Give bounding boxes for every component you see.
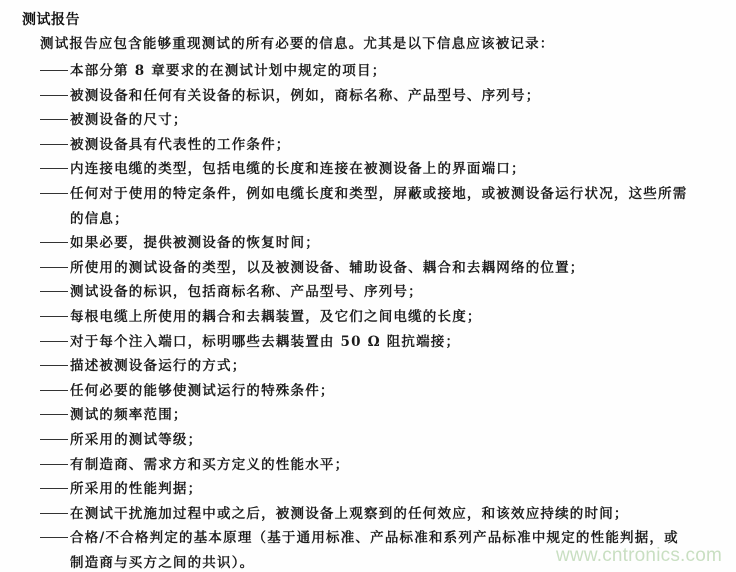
list-item: 对于每个注入端口，标明哪些去耦装置由 50 Ω 阻抗端接； [40,330,720,355]
list-item: 测试设备的标识，包括商标名称、产品型号、序列号； [40,280,720,305]
em-dash-bullet [40,95,68,96]
list-item-text: 任何对于使用的特定条件，例如电缆长度和类型，屏蔽或接地，或被测设备运行状况，这些… [70,186,687,202]
em-dash-bullet [40,168,68,169]
list-item-text: 内连接电缆的类型，包括电缆的长度和连接在被测设备上的界面端口； [70,161,526,177]
list-item-text: 有制造商、需求方和买方定义的性能水平； [70,457,349,473]
list-item-text: 合格/不合格判定的基本原理（基于通用标准、产品标准和系列产品标准中规定的性能判据… [70,530,679,546]
intro-paragraph: 测试报告应包含能够重现测试的所有必要的信息。尤其是以下信息应该被记录： [40,34,555,54]
em-dash-bullet [40,144,68,145]
list-item-text: 所采用的测试等级； [70,432,202,448]
em-dash-bullet [40,242,68,243]
list-item: 任何对于使用的特定条件，例如电缆长度和类型，屏蔽或接地，或被测设备运行状况，这些… [40,182,720,231]
em-dash-bullet [40,414,68,415]
watermark: www.cntronics.com [556,545,722,567]
list-item: 所采用的性能判据； [40,477,720,502]
list-item-text: 在测试干扰施加过程中或之后，被测设备上观察到的任何效应，和该效应持续的时间； [70,506,629,522]
list-item-text: 对于每个注入端口，标明哪些去耦装置由 50 Ω 阻抗端接； [70,334,460,350]
list-item-text: 每根电缆上所使用的耦合和去耦装置，及它们之间电缆的长度； [70,309,482,325]
list-item-text: 任何必要的能够使测试运行的特殊条件； [70,383,335,399]
list-item: 在测试干扰施加过程中或之后，被测设备上观察到的任何效应，和该效应持续的时间； [40,502,720,527]
list-item: 每根电缆上所使用的耦合和去耦装置，及它们之间电缆的长度； [40,305,720,330]
list-item: 所采用的测试等级； [40,428,720,453]
em-dash-bullet [40,537,68,538]
list-item-text: 被测设备具有代表性的工作条件； [70,137,291,153]
list-item: 所使用的测试设备的类型，以及被测设备、辅助设备、耦合和去耦网络的位置； [40,256,720,281]
list-item: 任何必要的能够使测试运行的特殊条件； [40,379,720,404]
list-item: 测试的频率范围； [40,403,720,428]
document-page: 测试报告 测试报告应包含能够重现测试的所有必要的信息。尤其是以下信息应该被记录：… [0,0,736,572]
list-item: 如果必要，提供被测设备的恢复时间； [40,231,720,256]
em-dash-bullet [40,488,68,489]
em-dash-bullet [40,365,68,366]
list-item-text: 本部分第 8 章要求的在测试计划中规定的项目； [70,63,386,79]
list-item-text: 被测设备和任何有关设备的标识，例如，商标名称、产品型号、序列号； [70,88,540,104]
em-dash-bullet [40,267,68,268]
list-item-text: 描述被测设备运行的方式； [70,358,246,374]
list-item-text: 所采用的性能判据； [70,481,202,497]
list-item-text: 测试设备的标识，包括商标名称、产品型号、序列号； [70,284,423,300]
list-item-continuation: 的信息； [40,207,720,232]
list-item: 内连接电缆的类型，包括电缆的长度和连接在被测设备上的界面端口； [40,157,720,182]
list-item: 描述被测设备运行的方式； [40,354,720,379]
em-dash-bullet [40,291,68,292]
requirements-list: 本部分第 8 章要求的在测试计划中规定的项目； 被测设备和任何有关设备的标识，例… [40,59,720,572]
em-dash-bullet [40,341,68,342]
list-item: 本部分第 8 章要求的在测试计划中规定的项目； [40,59,720,84]
em-dash-bullet [40,316,68,317]
list-item-text: 如果必要，提供被测设备的恢复时间； [70,235,320,251]
list-item: 被测设备和任何有关设备的标识，例如，商标名称、产品型号、序列号； [40,84,720,109]
em-dash-bullet [40,193,68,194]
em-dash-bullet [40,464,68,465]
list-item-text: 被测设备的尺寸； [70,112,188,128]
em-dash-bullet [40,513,68,514]
list-item: 被测设备的尺寸； [40,108,720,133]
em-dash-bullet [40,439,68,440]
list-item: 被测设备具有代表性的工作条件； [40,133,720,158]
list-item-text: 所使用的测试设备的类型，以及被测设备、辅助设备、耦合和去耦网络的位置； [70,260,585,276]
list-item: 有制造商、需求方和买方定义的性能水平； [40,453,720,478]
em-dash-bullet [40,119,68,120]
list-item-text: 测试的频率范围； [70,407,188,423]
section-title: 测试报告 [22,10,80,30]
em-dash-bullet [40,70,68,71]
em-dash-bullet [40,390,68,391]
